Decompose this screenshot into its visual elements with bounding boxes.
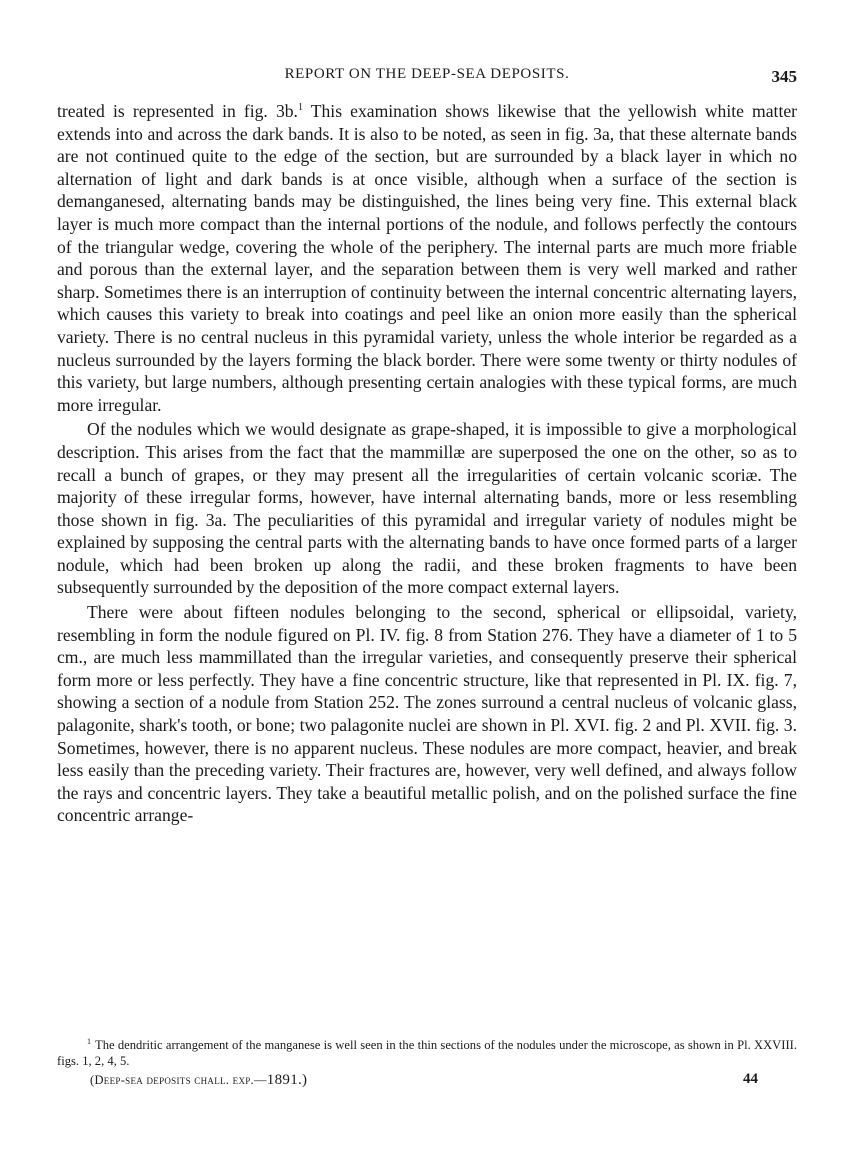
paragraph-1-rest: This examination shows likewise that the… bbox=[57, 101, 797, 415]
footnote-section: 1The dendritic arrangement of the mangan… bbox=[57, 1037, 797, 1069]
signature-year: 1891.) bbox=[267, 1072, 308, 1088]
footnote-1-text: The dendritic arrangement of the mangane… bbox=[57, 1038, 797, 1068]
running-title: REPORT ON THE DEEP-SEA DEPOSITS. bbox=[57, 66, 797, 83]
document-page: REPORT ON THE DEEP-SEA DEPOSITS. 345 tre… bbox=[0, 0, 850, 1150]
paragraph-1: treated is represented in fig. 3b.1 This… bbox=[57, 100, 797, 416]
footnote-1: 1The dendritic arrangement of the mangan… bbox=[57, 1037, 797, 1069]
footnote-mark: 1 bbox=[87, 1037, 91, 1046]
body-text: treated is represented in fig. 3b.1 This… bbox=[57, 100, 797, 827]
paragraph-3: There were about fifteen nodules belongi… bbox=[57, 601, 797, 827]
printer-signature: (Deep-sea deposits chall. exp.—1891.) bbox=[90, 1072, 307, 1089]
running-header: REPORT ON THE DEEP-SEA DEPOSITS. 345 bbox=[57, 66, 797, 88]
page-number: 345 bbox=[772, 67, 798, 87]
paragraph-1-lead: treated is represented in fig. 3b. bbox=[57, 101, 298, 121]
signature-prefix: (Deep-sea deposits chall. exp.— bbox=[90, 1073, 267, 1087]
paragraph-2: Of the nodules which we would designate … bbox=[57, 418, 797, 599]
signature-mark: 44 bbox=[743, 1071, 758, 1088]
signature-line: (Deep-sea deposits chall. exp.—1891.) 44 bbox=[90, 1072, 758, 1092]
